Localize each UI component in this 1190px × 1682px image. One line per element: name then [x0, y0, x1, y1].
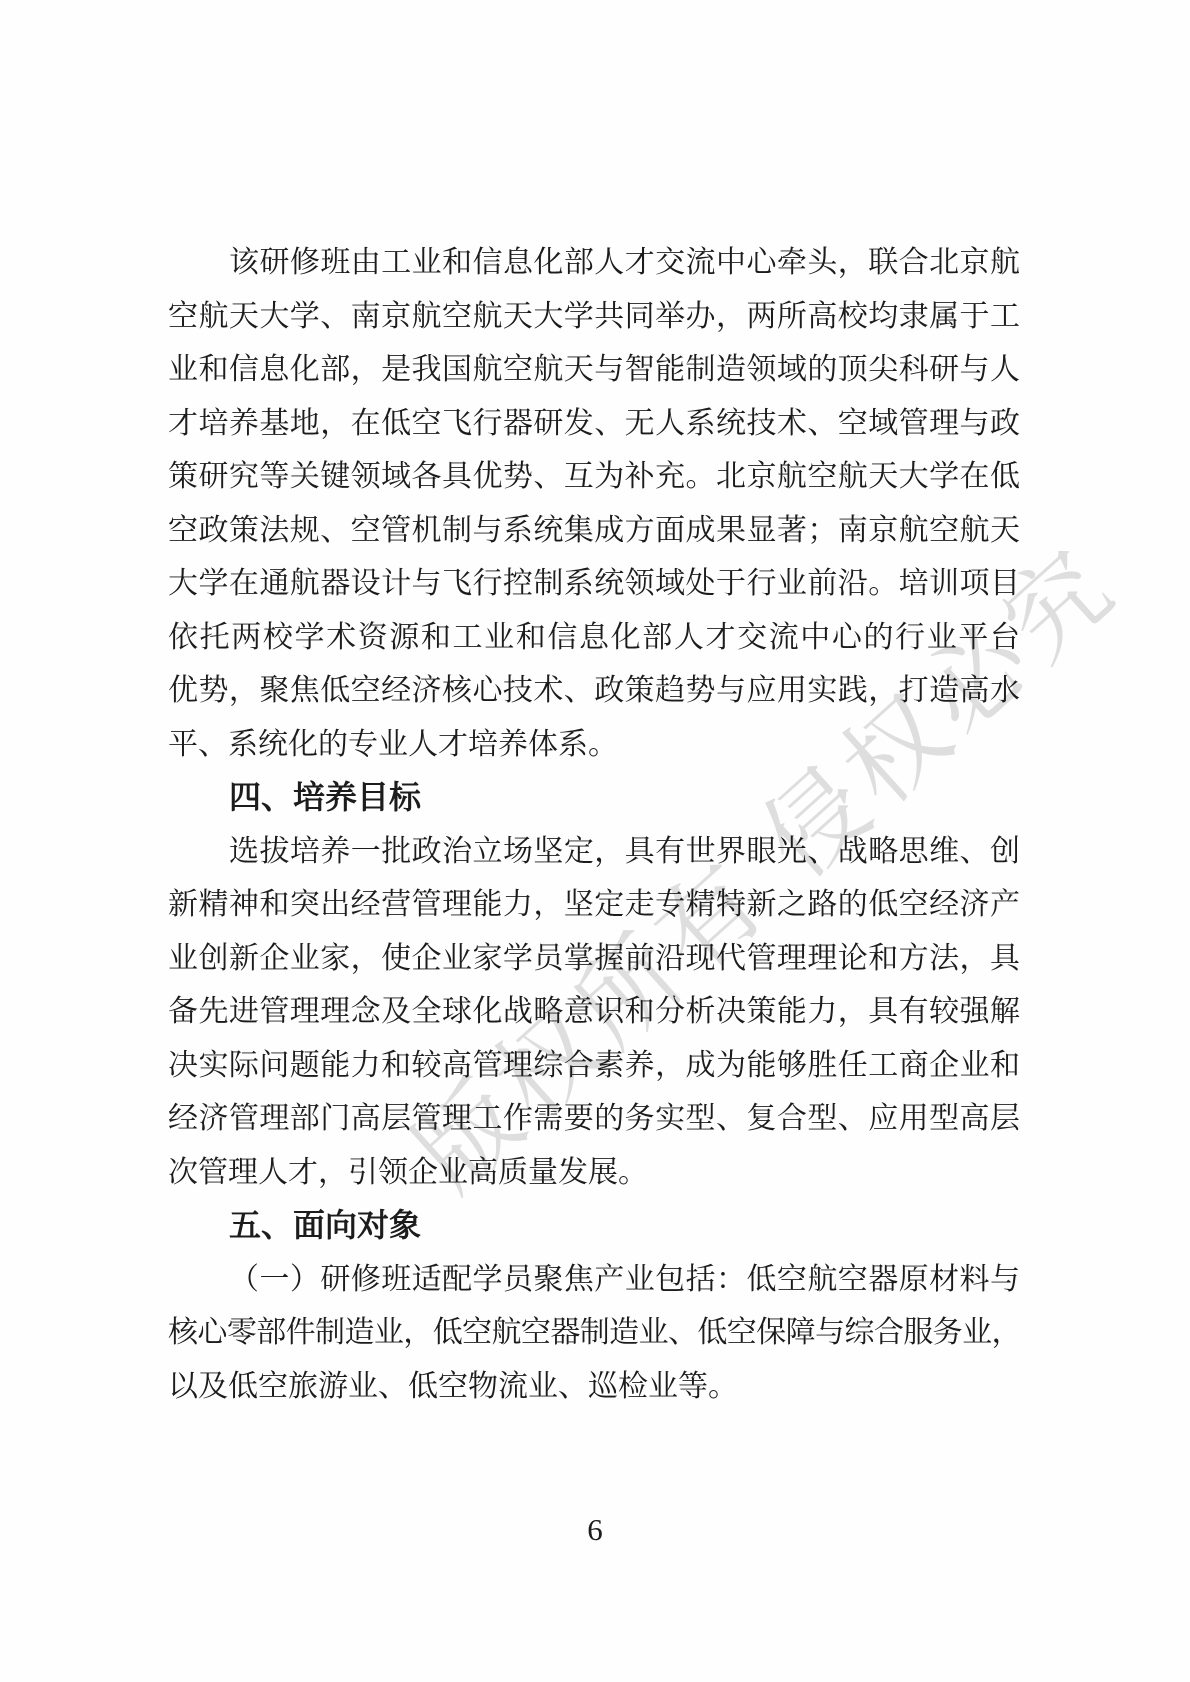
heading-section-4: 四、培养目标: [168, 771, 1020, 825]
text-line: 新精神和突出经营管理能力，坚定走专精特新之路的低空经济产: [168, 878, 1020, 932]
text-line: 业和信息化部，是我国航空航天与智能制造领域的顶尖科研与人: [168, 343, 1020, 397]
text-line: 依托两校学术资源和工业和信息化部人才交流中心的行业平台: [168, 611, 1020, 665]
text-line: 平、系统化的专业人才培养体系。: [168, 718, 1020, 772]
document-page: 版权所有 侵权必究 该研修班由工业和信息化部人才交流中心牵头，联合北京航 空航天…: [0, 0, 1190, 1682]
text-line: 以及低空旅游业、低空物流业、巡检业等。: [168, 1360, 1020, 1414]
page-number: 6: [0, 1512, 1190, 1548]
text-line: 优势，聚焦低空经济核心技术、政策趋势与应用实践，打造高水: [168, 664, 1020, 718]
document-body: 该研修班由工业和信息化部人才交流中心牵头，联合北京航 空航天大学、南京航空航天大…: [168, 0, 1020, 1413]
text-line: 策研究等关键领域各具优势、互为补充。北京航空航天大学在低: [168, 450, 1020, 504]
text-line: 选拔培养一批政治立场坚定，具有世界眼光、战略思维、创: [168, 825, 1020, 879]
text-line: 核心零部件制造业，低空航空器制造业、低空保障与综合服务业，: [168, 1306, 1020, 1360]
text-line: 经济管理部门高层管理工作需要的务实型、复合型、应用型高层: [168, 1092, 1020, 1146]
text-line: 空政策法规、空管机制与系统集成方面成果显著；南京航空航天: [168, 504, 1020, 558]
text-line: 次管理人才，引领企业高质量发展。: [168, 1146, 1020, 1200]
text-line: 决实际问题能力和较高管理综合素养，成为能够胜任工商企业和: [168, 1039, 1020, 1093]
text-line: 业创新企业家，使企业家学员掌握前沿现代管理理论和方法，具: [168, 932, 1020, 986]
text-line: 才培养基地，在低空飞行器研发、无人系统技术、空域管理与政: [168, 397, 1020, 451]
text-line: 备先进管理理念及全球化战略意识和分析决策能力，具有较强解: [168, 985, 1020, 1039]
text-line: 该研修班由工业和信息化部人才交流中心牵头，联合北京航: [168, 236, 1020, 290]
heading-section-5: 五、面向对象: [168, 1199, 1020, 1253]
text-line: 空航天大学、南京航空航天大学共同举办，两所高校均隶属于工: [168, 290, 1020, 344]
text-line: （一）研修班适配学员聚焦产业包括：低空航空器原材料与: [168, 1253, 1020, 1307]
text-line: 大学在通航器设计与飞行控制系统领域处于行业前沿。培训项目: [168, 557, 1020, 611]
